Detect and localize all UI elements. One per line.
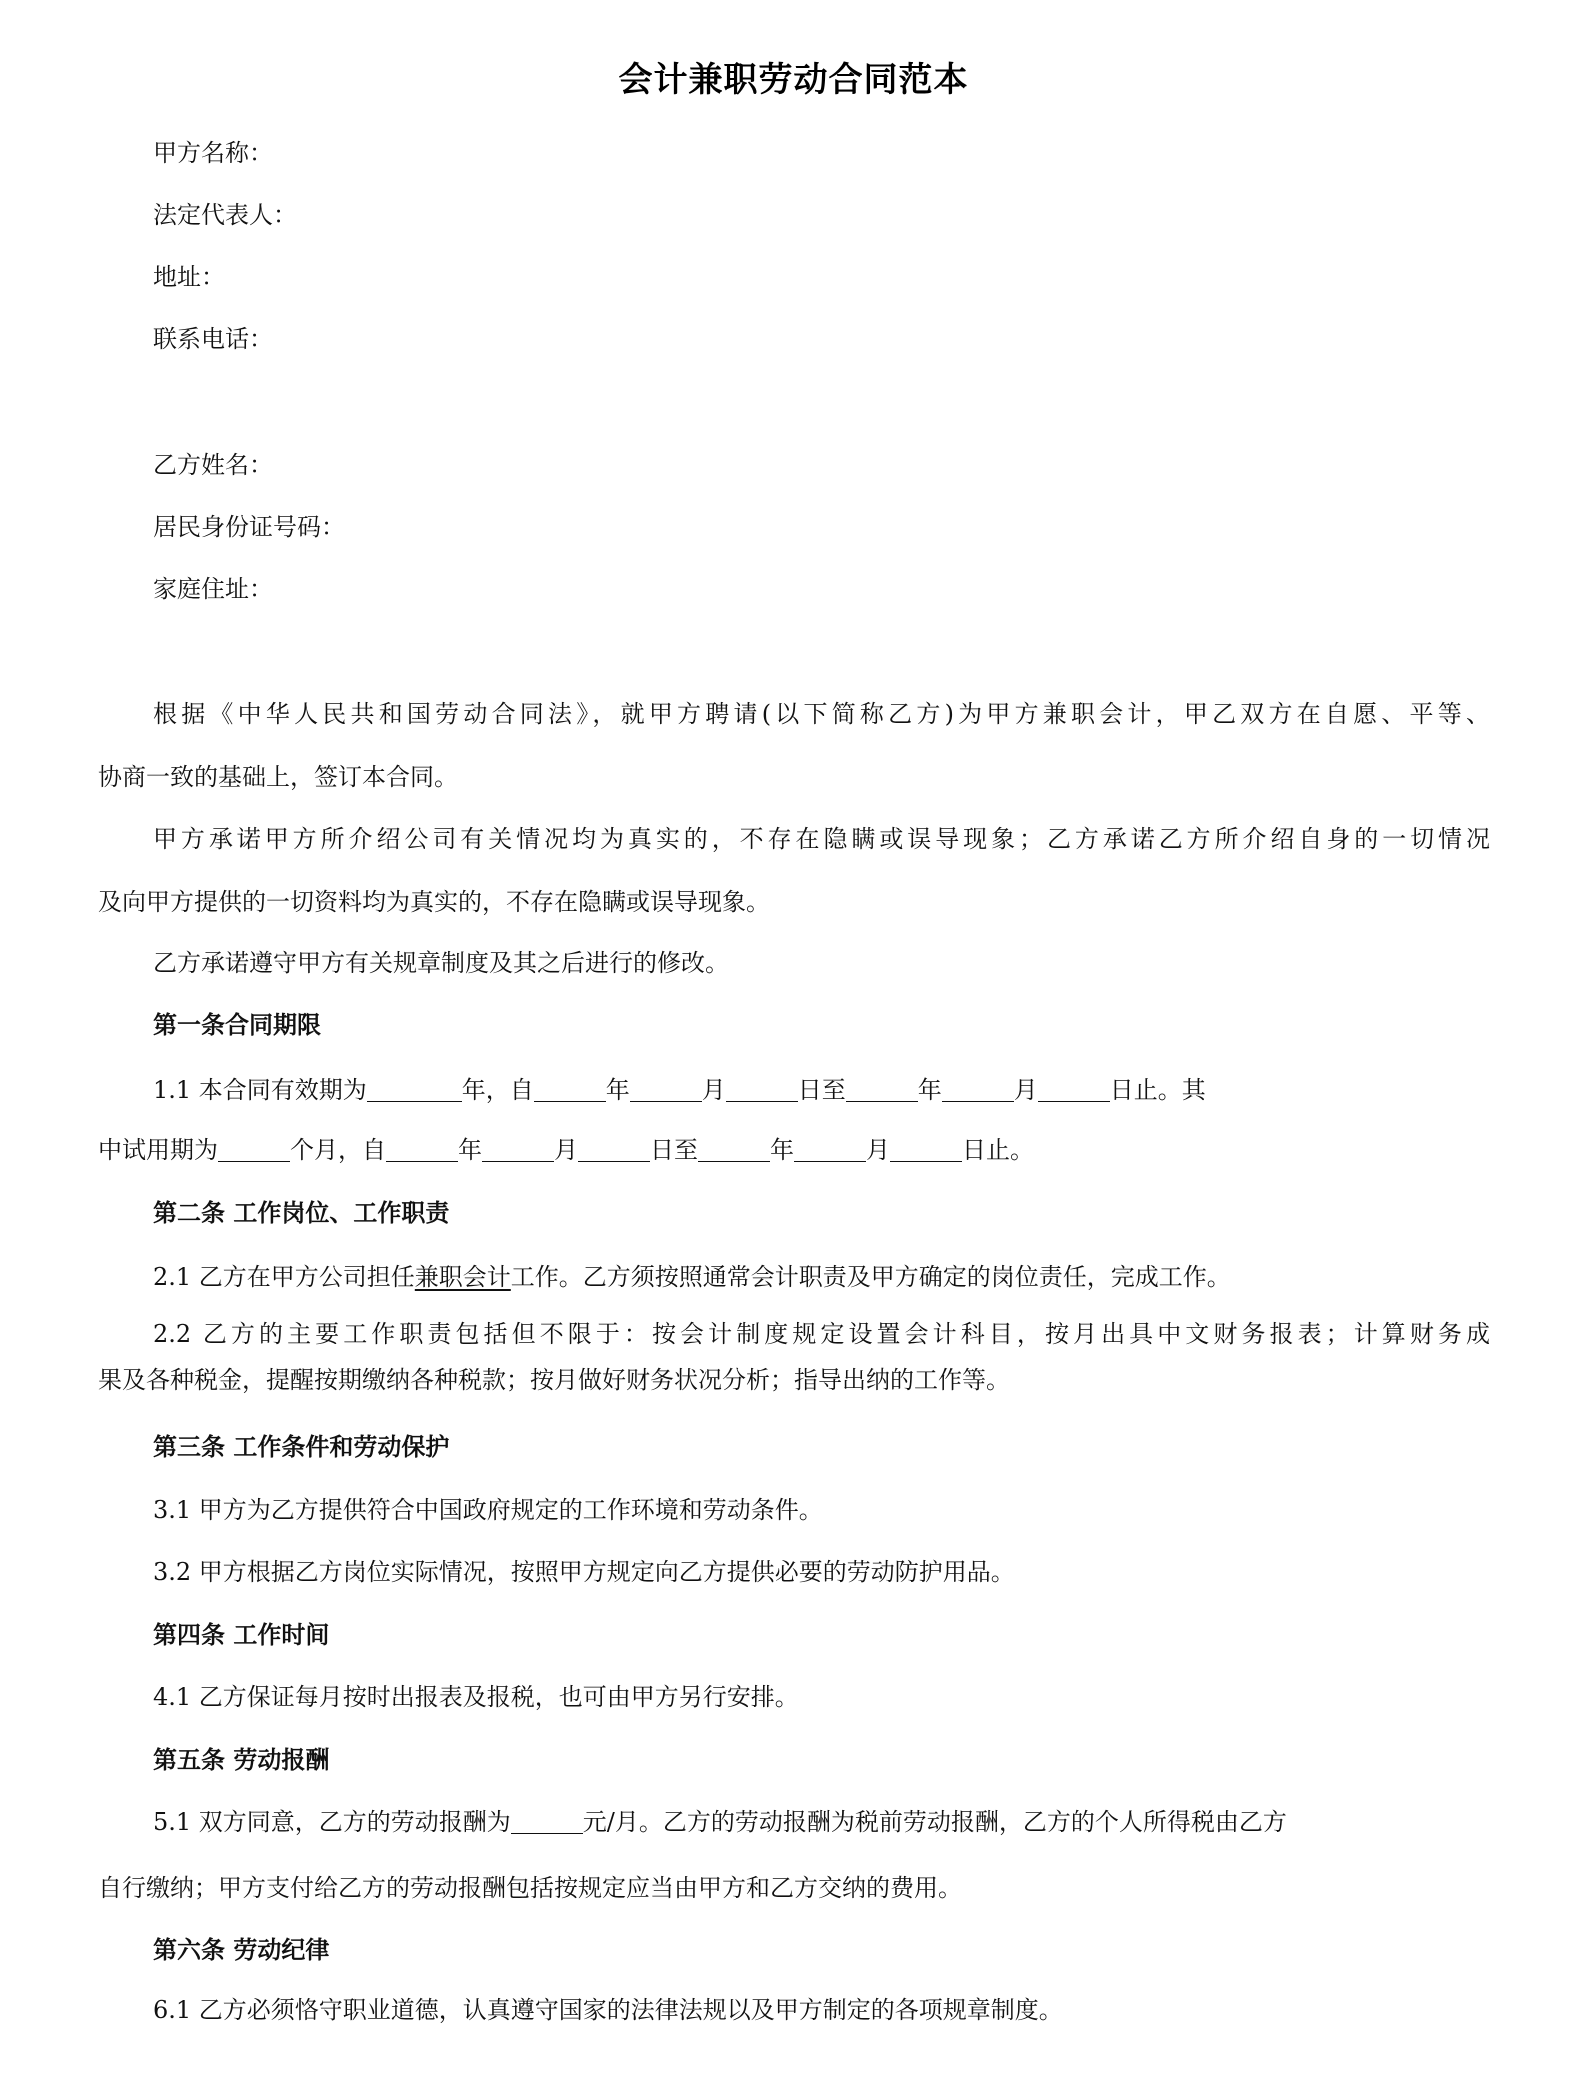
article-2-heading: 第二条 工作岗位、工作职责 bbox=[153, 1197, 449, 1229]
blank-salary[interactable] bbox=[511, 1809, 583, 1834]
blank-start-year[interactable] bbox=[534, 1077, 606, 1102]
clause-1-1-line2: 中试用期为个月，自年月日至年月日止。 bbox=[98, 1134, 1034, 1166]
blank-end-day[interactable] bbox=[1038, 1077, 1110, 1102]
blank-probation-end-year[interactable] bbox=[698, 1137, 770, 1162]
text: 日至 bbox=[798, 1076, 846, 1104]
text: 月 bbox=[702, 1076, 726, 1104]
article-4-heading: 第四条 工作时间 bbox=[153, 1619, 329, 1651]
text: 中试用期为 bbox=[98, 1136, 218, 1164]
clause-2-2-line2: 果及各种税金，提醒按期缴纳各种税款；按月做好财务状况分析；指导出纳的工作等。 bbox=[98, 1364, 1010, 1396]
party-b-id-label: 居民身份证号码： bbox=[153, 511, 345, 543]
article-1-heading: 第一条合同期限 bbox=[153, 1009, 321, 1041]
party-b-name-label: 乙方姓名： bbox=[153, 449, 273, 481]
text: 年 bbox=[770, 1136, 794, 1164]
blank-probation-end-day[interactable] bbox=[890, 1137, 962, 1162]
clause-3-2: 3.2 甲方根据乙方岗位实际情况，按照甲方规定向乙方提供必要的劳动防护用品。 bbox=[153, 1556, 1015, 1588]
clause-5-1-line2: 自行缴纳；甲方支付给乙方的劳动报酬包括按规定应当由甲方和乙方交纳的费用。 bbox=[98, 1872, 962, 1904]
preamble-p3: 乙方承诺遵守甲方有关规章制度及其之后进行的修改。 bbox=[153, 947, 729, 979]
clause-2-1: 2.1 乙方在甲方公司担任兼职会计工作。乙方须按照通常会计职责及甲方确定的岗位责… bbox=[153, 1261, 1231, 1293]
clause-2-2-line1: 2.2 乙方的主要工作职责包括但不限于：按会计制度规定设置会计科目，按月出具中文… bbox=[153, 1318, 1490, 1350]
text: 年，自 bbox=[462, 1076, 534, 1104]
text: 工作。乙方须按照通常会计职责及甲方确定的岗位责任，完成工作。 bbox=[511, 1263, 1231, 1291]
document-title: 会计兼职劳动合同范本 bbox=[0, 58, 1587, 102]
text: 日止。 bbox=[962, 1136, 1034, 1164]
text: 月 bbox=[1014, 1076, 1038, 1104]
text: 年 bbox=[606, 1076, 630, 1104]
blank-end-year[interactable] bbox=[846, 1077, 918, 1102]
blank-probation-end-month[interactable] bbox=[794, 1137, 866, 1162]
text: 月 bbox=[866, 1136, 890, 1164]
text: 年 bbox=[458, 1136, 482, 1164]
clause-1-1-line1: 1.1 本合同有效期为年，自年月日至年月日止。其 bbox=[153, 1074, 1206, 1106]
blank-probation-start-year[interactable] bbox=[386, 1137, 458, 1162]
blank-probation-start-month[interactable] bbox=[482, 1137, 554, 1162]
article-6-heading: 第六条 劳动纪律 bbox=[153, 1934, 329, 1966]
clause-3-1: 3.1 甲方为乙方提供符合中国政府规定的工作环境和劳动条件。 bbox=[153, 1494, 823, 1526]
text: 月 bbox=[554, 1136, 578, 1164]
blank-start-month[interactable] bbox=[630, 1077, 702, 1102]
preamble-p2-line2: 及向甲方提供的一切资料均为真实的，不存在隐瞒或误导现象。 bbox=[98, 886, 770, 918]
blank-probation-months[interactable] bbox=[218, 1137, 290, 1162]
clause-6-1: 6.1 乙方必须恪守职业道德，认真遵守国家的法律法规以及甲方制定的各项规章制度。 bbox=[153, 1994, 1063, 2026]
text: 日至 bbox=[650, 1136, 698, 1164]
party-b-home-label: 家庭住址： bbox=[153, 573, 273, 605]
clause-4-1: 4.1 乙方保证每月按时出报表及报税，也可由甲方另行安排。 bbox=[153, 1681, 799, 1713]
article-5-heading: 第五条 劳动报酬 bbox=[153, 1744, 329, 1776]
underlined-position: 兼职会计 bbox=[415, 1263, 511, 1291]
text: 个月，自 bbox=[290, 1136, 386, 1164]
preamble-p2-line1: 甲方承诺甲方所介绍公司有关情况均为真实的，不存在隐瞒或误导现象；乙方承诺乙方所介… bbox=[153, 823, 1490, 855]
preamble-p1-line2: 协商一致的基础上，签订本合同。 bbox=[98, 761, 458, 793]
clause-5-1-line1: 5.1 双方同意，乙方的劳动报酬为元/月。乙方的劳动报酬为税前劳动报酬，乙方的个… bbox=[153, 1806, 1287, 1838]
text: 年 bbox=[918, 1076, 942, 1104]
party-a-address-label: 地址： bbox=[153, 261, 225, 293]
blank-start-day[interactable] bbox=[726, 1077, 798, 1102]
party-a-phone-label: 联系电话： bbox=[153, 323, 273, 355]
blank-end-month[interactable] bbox=[942, 1077, 1014, 1102]
article-3-heading: 第三条 工作条件和劳动保护 bbox=[153, 1431, 449, 1463]
party-a-name-label: 甲方名称： bbox=[153, 137, 273, 169]
text: 1.1 本合同有效期为 bbox=[153, 1076, 367, 1104]
text: 5.1 双方同意，乙方的劳动报酬为 bbox=[153, 1808, 511, 1836]
preamble-p1-line1: 根据《中华人民共和国劳动合同法》，就甲方聘请(以下简称乙方)为甲方兼职会计，甲乙… bbox=[153, 698, 1490, 730]
text: 2.1 乙方在甲方公司担任 bbox=[153, 1263, 415, 1291]
blank-years[interactable] bbox=[367, 1077, 462, 1102]
text: 日止。其 bbox=[1110, 1076, 1206, 1104]
party-a-rep-label: 法定代表人： bbox=[153, 199, 297, 231]
text: 元/月。乙方的劳动报酬为税前劳动报酬，乙方的个人所得税由乙方 bbox=[583, 1808, 1287, 1836]
blank-probation-start-day[interactable] bbox=[578, 1137, 650, 1162]
